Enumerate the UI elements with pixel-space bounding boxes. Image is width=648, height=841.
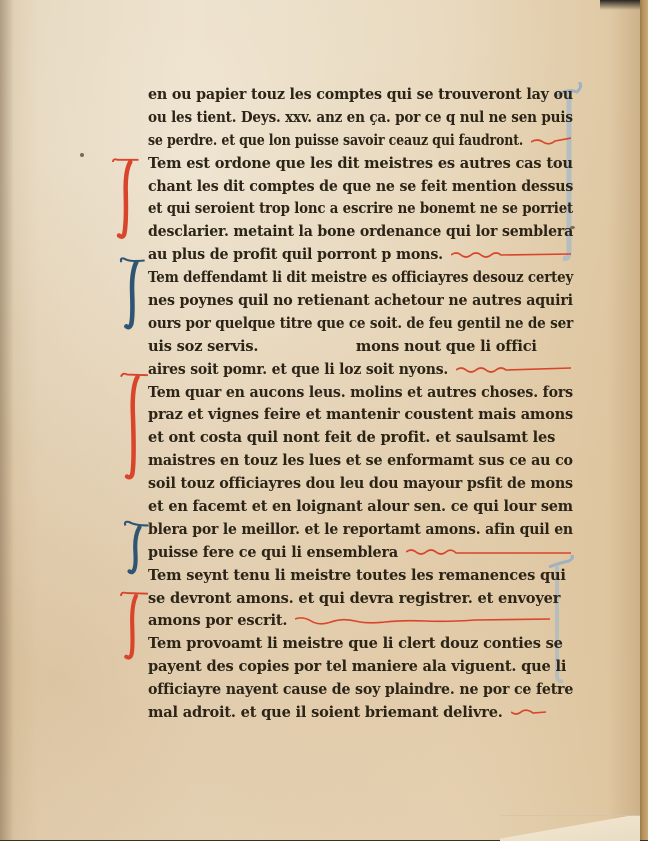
binding-shadow: [0, 0, 14, 840]
text-line: aires soit pomr. et que li loz soit nyon…: [148, 359, 573, 382]
text-line: soil touz officiayres dou leu dou mayour…: [148, 473, 573, 496]
folded-corner: [500, 815, 640, 840]
text-line: en ou papier touz les comptes qui se tro…: [148, 84, 573, 107]
blue-initial-icon: [118, 248, 148, 338]
text-line: se perdre. et que lon puisse savoir ceau…: [148, 130, 573, 153]
manuscript-page: en ou papier touz les comptes qui se tro…: [0, 0, 640, 840]
main-text-column: en ou papier touz les comptes qui se tro…: [148, 84, 573, 725]
margin-dot: [80, 153, 84, 157]
page-edge: [640, 0, 648, 840]
red-line-filler-icon: [531, 138, 571, 144]
text-line: Tem deffendamt li dit meistre es officia…: [148, 267, 573, 290]
text-line: et qui seroient trop lonc a escrire ne b…: [148, 198, 573, 221]
red-line-filler-icon: [295, 618, 550, 624]
text-line: blera por le meillor. et le reportamt am…: [148, 519, 573, 542]
red-initial-icon: [118, 580, 148, 672]
text-line: Tem seynt tenu li meistre toutes les rem…: [148, 565, 573, 588]
red-line-filler-icon: [511, 710, 546, 716]
red-line-filler-icon: [406, 550, 571, 556]
text-line: Tem est ordone que les dit meistres es a…: [148, 153, 573, 176]
text-line: maistres en touz les lues et se enformam…: [148, 450, 573, 473]
text-line: mal adroit. et que il soient briemant de…: [148, 702, 573, 725]
text-line: amons por escrit.: [148, 610, 573, 633]
text-line: nes poynes quil no retienant achetour ne…: [148, 290, 573, 313]
red-line-filler-icon: [451, 252, 571, 258]
text-line: ou les tient. Deys. xxv. anz en ça. por …: [148, 107, 573, 130]
text-line: chant les dit comptes de que ne se feit …: [148, 176, 573, 199]
text-line: Tem provoamt li meistre que li clert dou…: [148, 633, 573, 656]
text-line: praz et vignes feire et mantenir cousten…: [148, 404, 573, 427]
text-line: puisse fere ce qui li ensemblera: [148, 542, 573, 565]
text-line: desclarier. metaint la bone ordenance qu…: [148, 221, 573, 244]
red-line-filler-icon: [456, 367, 571, 373]
text-line: payent des copies por tel maniere ala vi…: [148, 656, 573, 679]
text-line: Tem quar en aucons leus. molins et autre…: [148, 382, 573, 405]
text-line: officiayre nayent cause de soy plaindre.…: [148, 679, 573, 702]
red-initial-icon: [118, 354, 148, 500]
text-line: au plus de profit quil porront p mons.: [148, 244, 573, 267]
text-line: ours por quelque titre que ce soit. de f…: [148, 313, 573, 336]
text-line: uis soz servis. mons nout que li offici: [148, 336, 573, 359]
text-line: et ont costa quil nont feit de profit. e…: [148, 427, 573, 450]
text-line: et en facemt et en loignant alour sen. c…: [148, 496, 573, 519]
red-initial-icon: [110, 142, 140, 254]
text-line: se devront amons. et qui devra registrer…: [148, 588, 573, 611]
